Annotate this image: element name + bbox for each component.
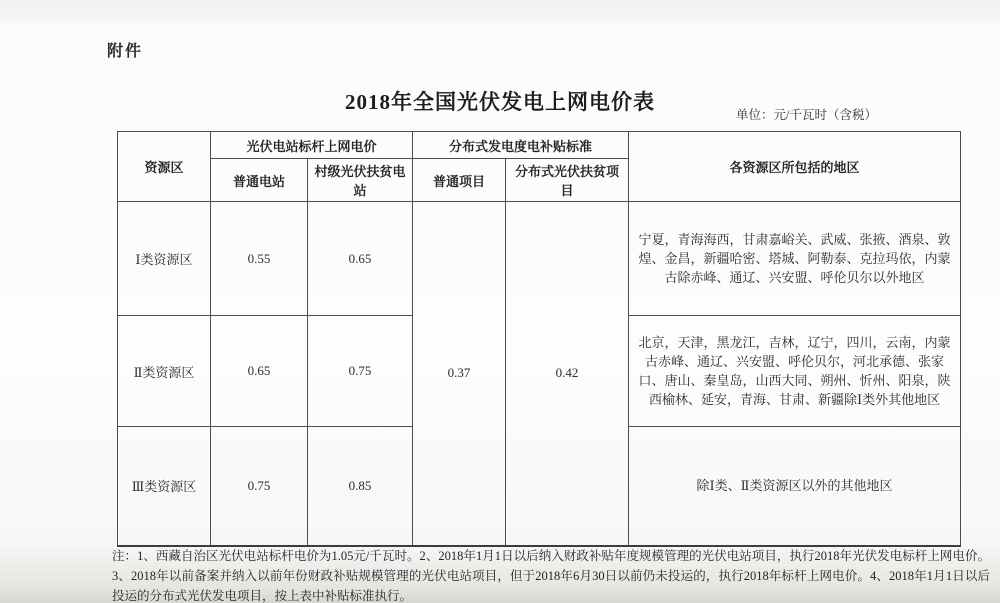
header-row-groups: 资源区 光伏电站标杆上网电价 分布式发电度电补贴标准 各资源区所包括的地区 bbox=[118, 132, 961, 159]
ordinary-station-price-cell: 0.75 bbox=[211, 427, 308, 546]
zone-cell: Ⅱ类资源区 bbox=[118, 316, 211, 427]
ordinary-project-subsidy-cell: 0.37 bbox=[413, 202, 506, 546]
document-page: { "page": { "attachment_label": "附件", "t… bbox=[0, 0, 1000, 603]
header-benchmark-group: 光伏电站标杆上网电价 bbox=[211, 132, 413, 159]
table-row-zone1: Ⅰ类资源区 0.55 0.65 0.37 0.42 宁夏，青海海西，甘肃嘉峪关、… bbox=[118, 202, 961, 316]
header-subsidy-group: 分布式发电度电补贴标准 bbox=[413, 132, 629, 159]
ordinary-station-price-cell: 0.65 bbox=[211, 316, 308, 427]
zone-cell: Ⅰ类资源区 bbox=[118, 202, 211, 316]
village-poverty-price-cell: 0.75 bbox=[308, 316, 413, 427]
attachment-label: 附件 bbox=[107, 38, 143, 61]
price-table: 资源区 光伏电站标杆上网电价 分布式发电度电补贴标准 各资源区所包括的地区 普通… bbox=[117, 131, 961, 547]
header-ordinary-project: 普通项目 bbox=[413, 159, 506, 202]
regions-cell: 宁夏，青海海西，甘肃嘉峪关、武威、张掖、酒泉、敦煌、金昌，新疆哈密、塔城、阿勒泰… bbox=[629, 202, 961, 316]
header-regions-included: 各资源区所包括的地区 bbox=[629, 132, 961, 202]
regions-cell: 除Ⅰ类、Ⅱ类资源区以外的其他地区 bbox=[629, 427, 961, 546]
header-ordinary-station: 普通电站 bbox=[211, 159, 308, 202]
zone-cell: Ⅲ类资源区 bbox=[118, 427, 211, 546]
footnotes: 注：1、西藏自治区光伏电站标杆电价为1.05元/千瓦时。2、2018年1月1日以… bbox=[112, 546, 990, 603]
price-table-container: 资源区 光伏电站标杆上网电价 分布式发电度电补贴标准 各资源区所包括的地区 普通… bbox=[117, 131, 961, 547]
header-distributed-poverty-project: 分布式光伏扶贫项目 bbox=[506, 159, 629, 202]
village-poverty-price-cell: 0.85 bbox=[308, 427, 413, 546]
village-poverty-price-cell: 0.65 bbox=[308, 202, 413, 316]
ordinary-station-price-cell: 0.55 bbox=[211, 202, 308, 316]
distributed-poverty-subsidy-cell: 0.42 bbox=[506, 202, 629, 546]
header-resource-zone: 资源区 bbox=[118, 132, 211, 202]
regions-cell: 北京，天津，黑龙江，吉林，辽宁，四川，云南，内蒙古赤峰、通辽、兴安盟、呼伦贝尔，… bbox=[629, 316, 961, 427]
unit-note: 单位：元/千瓦时（含税） bbox=[736, 105, 877, 123]
header-village-poverty-station: 村级光伏扶贫电站 bbox=[308, 159, 413, 202]
